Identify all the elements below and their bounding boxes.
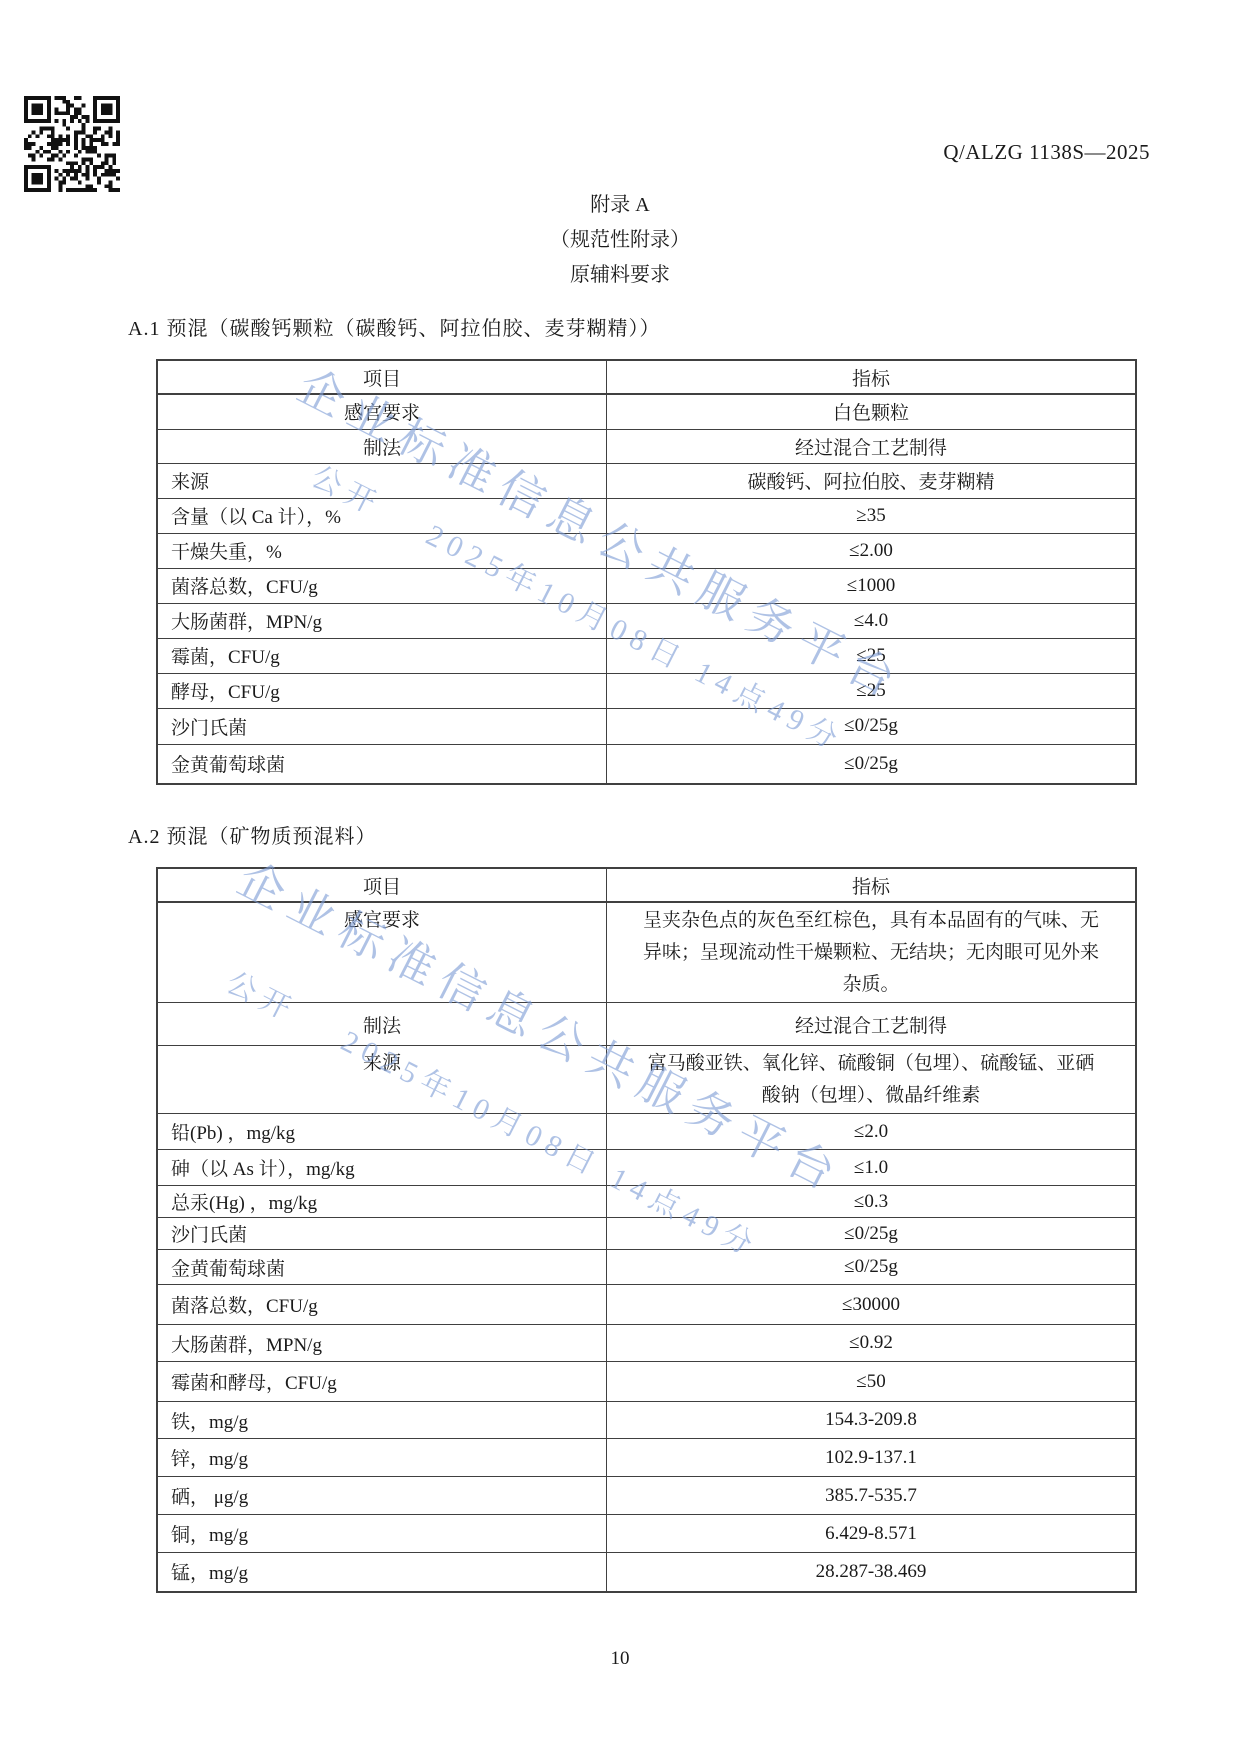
standard-number: Q/ALZG 1138S—2025 (943, 140, 1150, 165)
row-value: ≤1000 (607, 568, 1137, 603)
table-header-row: 项目 指标 (157, 360, 1136, 394)
table-row: 大肠菌群，MPN/g ≤0.92 (157, 1325, 1136, 1362)
row-label: 大肠菌群，MPN/g (157, 603, 607, 638)
row-value: ≤1.0 (607, 1150, 1137, 1186)
row-value: ≤2.0 (607, 1114, 1137, 1150)
table-row: 金黄葡萄球菌 ≤0/25g (157, 1250, 1136, 1285)
table-row: 铅(Pb) ，mg/kg ≤2.0 (157, 1114, 1136, 1150)
row-value: ≤25 (607, 638, 1137, 673)
row-label: 铁，mg/g (157, 1402, 607, 1439)
row-value: 28.287-38.469 (607, 1553, 1137, 1592)
row-label: 菌落总数，CFU/g (157, 568, 607, 603)
row-value: 呈夹杂色点的灰色至红棕色，具有本品固有的气味、无 异味；呈现流动性干燥颗粒、无结… (607, 902, 1137, 1003)
table-row: 酵母，CFU/g ≤25 (157, 673, 1136, 708)
row-value: ≤0/25g (607, 1250, 1137, 1285)
row-label: 沙门氏菌 (157, 1218, 607, 1250)
column-indicator: 指标 (607, 868, 1137, 902)
row-label: 铅(Pb) ，mg/kg (157, 1114, 607, 1150)
table-row: 干燥失重，% ≤2.00 (157, 533, 1136, 568)
table-row: 铁，mg/g 154.3-209.8 (157, 1402, 1136, 1439)
table-row: 感官要求 呈夹杂色点的灰色至红棕色，具有本品固有的气味、无 异味；呈现流动性干燥… (157, 902, 1136, 1003)
table-row: 含量（以 Ca 计），% ≥35 (157, 498, 1136, 533)
row-label: 干燥失重，% (157, 533, 607, 568)
row-label: 制法 (157, 1003, 607, 1046)
table-row: 锰，mg/g 28.287-38.469 (157, 1553, 1136, 1592)
table-row: 制法 经过混合工艺制得 (157, 1003, 1136, 1046)
row-value: 6.429-8.571 (607, 1515, 1137, 1553)
appendix-title: 附录 A (0, 188, 1240, 223)
row-label: 总汞(Hg) ，mg/kg (157, 1186, 607, 1218)
table-row: 大肠菌群，MPN/g ≤4.0 (157, 603, 1136, 638)
appendix-title-block: 附录 A （规范性附录） 原辅料要求 (0, 188, 1240, 293)
row-label: 金黄葡萄球菌 (157, 744, 607, 784)
table-row: 硒， μg/g 385.7-535.7 (157, 1477, 1136, 1515)
row-label: 金黄葡萄球菌 (157, 1250, 607, 1285)
row-label: 大肠菌群，MPN/g (157, 1325, 607, 1362)
row-value: 154.3-209.8 (607, 1402, 1137, 1439)
qr-code (24, 96, 120, 192)
table-row: 锌，mg/g 102.9-137.1 (157, 1439, 1136, 1477)
table-row: 菌落总数，CFU/g ≤1000 (157, 568, 1136, 603)
requirements-table-a2: 项目 指标 感官要求 呈夹杂色点的灰色至红棕色，具有本品固有的气味、无 异味；呈… (156, 867, 1137, 1593)
row-label: 菌落总数，CFU/g (157, 1285, 607, 1325)
row-value: ≤0/25g (607, 708, 1137, 744)
row-value: ≤2.00 (607, 533, 1137, 568)
row-label: 铜，mg/g (157, 1515, 607, 1553)
row-label: 制法 (157, 429, 607, 463)
row-value: ≤25 (607, 673, 1137, 708)
table-row: 铜，mg/g 6.429-8.571 (157, 1515, 1136, 1553)
row-value: ≤50 (607, 1362, 1137, 1402)
requirements-table-a1: 项目 指标 感官要求 白色颗粒 制法 经过混合工艺制得 来源 碳酸钙、阿拉伯胶、… (156, 359, 1137, 785)
row-value: ≤30000 (607, 1285, 1137, 1325)
table-row: 砷（以 As 计），mg/kg ≤1.0 (157, 1150, 1136, 1186)
row-label: 霉菌，CFU/g (157, 638, 607, 673)
row-value: 102.9-137.1 (607, 1439, 1137, 1477)
table-row: 来源 富马酸亚铁、氧化锌、硫酸铜（包埋）、硫酸锰、亚硒 酸钠（包埋）、微晶纤维素 (157, 1046, 1136, 1114)
table-row: 制法 经过混合工艺制得 (157, 429, 1136, 463)
appendix-subject: 原辅料要求 (0, 258, 1240, 293)
column-item: 项目 (157, 868, 607, 902)
row-label: 沙门氏菌 (157, 708, 607, 744)
row-label: 感官要求 (157, 394, 607, 429)
table-row: 霉菌，CFU/g ≤25 (157, 638, 1136, 673)
row-label: 来源 (157, 463, 607, 498)
row-value: 碳酸钙、阿拉伯胶、麦芽糊精 (607, 463, 1137, 498)
row-value: ≤0.92 (607, 1325, 1137, 1362)
row-value: 经过混合工艺制得 (607, 429, 1137, 463)
row-value: 白色颗粒 (607, 394, 1137, 429)
table-row: 感官要求 白色颗粒 (157, 394, 1136, 429)
section-heading-a1: A.1 预混（碳酸钙颗粒（碳酸钙、阿拉伯胶、麦芽糊精）） (128, 312, 660, 341)
row-label: 含量（以 Ca 计），% (157, 498, 607, 533)
row-label: 锰，mg/g (157, 1553, 607, 1592)
row-value: 385.7-535.7 (607, 1477, 1137, 1515)
table-row: 沙门氏菌 ≤0/25g (157, 1218, 1136, 1250)
table-row: 来源 碳酸钙、阿拉伯胶、麦芽糊精 (157, 463, 1136, 498)
table-row: 霉菌和酵母，CFU/g ≤50 (157, 1362, 1136, 1402)
qr-code-image (24, 96, 120, 192)
table-row: 沙门氏菌 ≤0/25g (157, 708, 1136, 744)
row-value: ≤4.0 (607, 603, 1137, 638)
table-header-row: 项目 指标 (157, 868, 1136, 902)
row-label: 来源 (157, 1046, 607, 1114)
row-value: ≤0/25g (607, 744, 1137, 784)
row-value: ≥35 (607, 498, 1137, 533)
document-page: Q/ALZG 1138S—2025 附录 A （规范性附录） 原辅料要求 A.1… (0, 0, 1240, 1753)
row-label: 酵母，CFU/g (157, 673, 607, 708)
page-number: 10 (0, 1648, 1240, 1670)
row-value: ≤0.3 (607, 1186, 1137, 1218)
row-label: 感官要求 (157, 902, 607, 1003)
column-indicator: 指标 (607, 360, 1137, 394)
table-row: 菌落总数，CFU/g ≤30000 (157, 1285, 1136, 1325)
table-row: 金黄葡萄球菌 ≤0/25g (157, 744, 1136, 784)
section-heading-a2: A.2 预混（矿物质预混料） (128, 820, 376, 849)
row-label: 霉菌和酵母，CFU/g (157, 1362, 607, 1402)
appendix-type: （规范性附录） (0, 223, 1240, 258)
row-value: 富马酸亚铁、氧化锌、硫酸铜（包埋）、硫酸锰、亚硒 酸钠（包埋）、微晶纤维素 (607, 1046, 1137, 1114)
row-value: 经过混合工艺制得 (607, 1003, 1137, 1046)
row-label: 硒， μg/g (157, 1477, 607, 1515)
row-label: 砷（以 As 计），mg/kg (157, 1150, 607, 1186)
column-item: 项目 (157, 360, 607, 394)
table-row: 总汞(Hg) ，mg/kg ≤0.3 (157, 1186, 1136, 1218)
row-value: ≤0/25g (607, 1218, 1137, 1250)
row-label: 锌，mg/g (157, 1439, 607, 1477)
